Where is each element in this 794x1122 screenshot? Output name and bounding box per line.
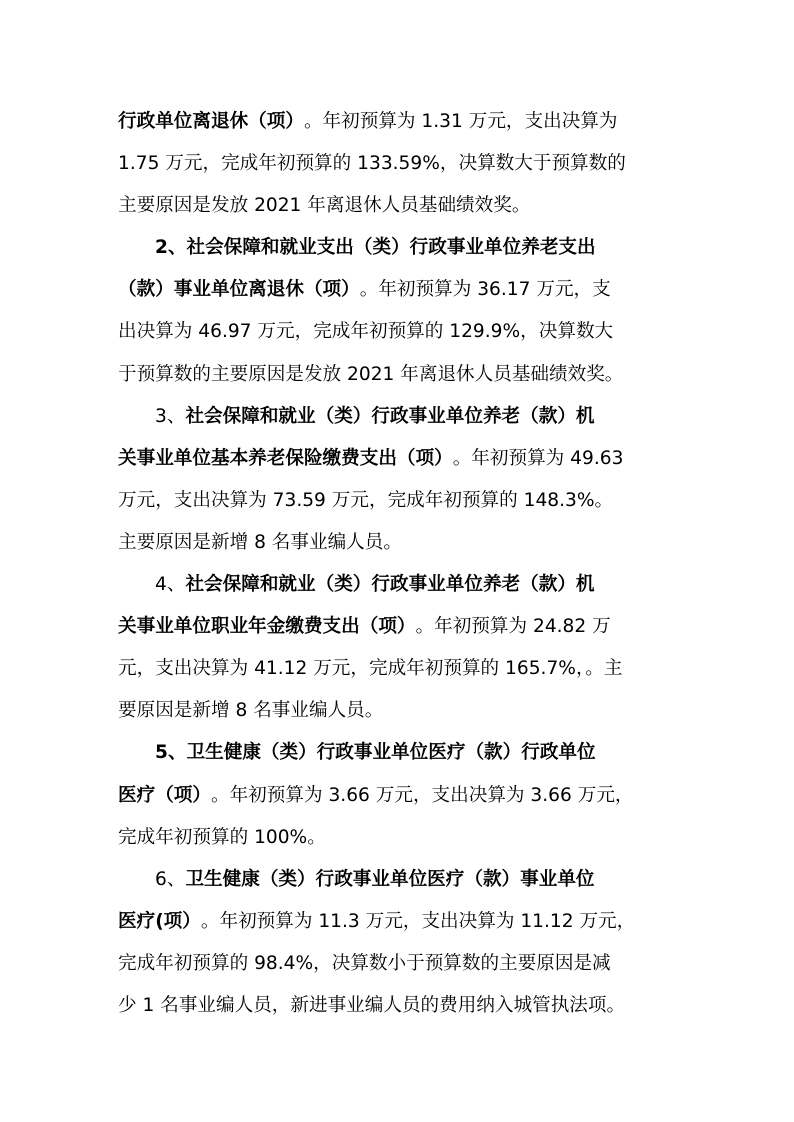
item-number: 6、 <box>155 859 185 901</box>
paragraph-4: 4、社会保障和就业（类）行政事业单位养老（款）机 关事业单位职业年金缴费支出（项… <box>118 564 678 732</box>
paragraph-6: 6、卫生健康（类）行政事业单位医疗（款）事业单位 医疗(项）。年初预算为 11.… <box>118 859 678 1027</box>
item-number: 4、 <box>155 564 185 606</box>
body-text: 1.75 万元，完成年初预算的 133.59%，决算数大于预算数的 <box>118 143 626 185</box>
body-text: 元，支出决算为 41.12 万元，完成年初预算的 165.7%，。主 <box>118 648 622 690</box>
paragraph-3: 3、社会保障和就业（类）行政事业单位养老（款）机 关事业单位基本养老保险缴费支出… <box>118 396 678 564</box>
body-text: 。年初预算为 24.82 万 <box>416 606 611 648</box>
text-line: 医疗（项）。年初预算为 3.66 万元，支出决算为 3.66 万元， <box>118 775 678 817</box>
body-text: 。年初预算为 36.17 万元，支 <box>360 269 611 311</box>
text-line: 元，支出决算为 41.12 万元，完成年初预算的 165.7%，。主 <box>118 648 678 690</box>
paragraph-2: 2、社会保障和就业支出（类）行政事业单位养老支出 （款）事业单位离退休（项）。年… <box>118 227 678 395</box>
paragraph-1: 行政单位离退休（项）。年初预算为 1.31 万元，支出决算为 1.75 万元，完… <box>118 101 678 227</box>
bold-heading: 关事业单位基本养老保险缴费支出（项） <box>118 438 453 480</box>
text-line: 出决算为 46.97 万元，完成年初预算的 129.9%，决算数大 <box>118 311 678 353</box>
body-text: 主要原因是发放 2021 年离退休人员基础绩效奖。 <box>118 185 530 227</box>
body-text: 。年初预算为 11.3 万元，支出决算为 11.12 万元， <box>201 901 635 943</box>
bold-heading: 卫生健康（类）行政事业单位医疗（款）事业单位 <box>185 859 594 901</box>
text-line: 3、社会保障和就业（类）行政事业单位养老（款）机 <box>118 396 678 438</box>
body-text: 完成年初预算的 98.4%，决算数小于预算数的主要原因是减 <box>118 943 611 985</box>
body-text: 完成年初预算的 100%。 <box>118 817 326 859</box>
bold-heading: 医疗(项） <box>118 901 201 943</box>
item-number: 3、 <box>155 396 185 438</box>
text-line: 主要原因是发放 2021 年离退休人员基础绩效奖。 <box>118 185 678 227</box>
body-text: 主要原因是新增 8 名事业编人员。 <box>118 522 402 564</box>
text-line: 关事业单位基本养老保险缴费支出（项）。年初预算为 49.63 <box>118 438 678 480</box>
body-text: 。年初预算为 3.66 万元，支出决算为 3.66 万元， <box>211 775 634 817</box>
document-page: 行政单位离退休（项）。年初预算为 1.31 万元，支出决算为 1.75 万元，完… <box>118 101 678 1027</box>
body-text: 。年初预算为 1.31 万元，支出决算为 <box>304 101 618 143</box>
body-text: 少 1 名事业编人员，新进事业编人员的费用纳入城管执法项。 <box>118 985 625 1027</box>
paragraph-5: 5、卫生健康（类）行政事业单位医疗（款）行政单位 医疗（项）。年初预算为 3.6… <box>118 732 678 858</box>
text-line: （款）事业单位离退休（项）。年初预算为 36.17 万元，支 <box>118 269 678 311</box>
body-text: 出决算为 46.97 万元，完成年初预算的 129.9%，决算数大 <box>118 311 613 353</box>
text-line: 主要原因是新增 8 名事业编人员。 <box>118 522 678 564</box>
bold-heading: 社会保障和就业（类）行政事业单位养老（款）机 <box>185 564 594 606</box>
bold-heading: （款）事业单位离退休（项） <box>118 269 360 311</box>
text-line: 关事业单位职业年金缴费支出（项）。年初预算为 24.82 万 <box>118 606 678 648</box>
item-number: 2、 <box>155 227 187 269</box>
text-line: 2、社会保障和就业支出（类）行政事业单位养老支出 <box>118 227 678 269</box>
bold-heading: 5、卫生健康（类）行政事业单位医疗（款）行政单位 <box>155 732 596 774</box>
text-line: 5、卫生健康（类）行政事业单位医疗（款）行政单位 <box>118 732 678 774</box>
text-line: 4、社会保障和就业（类）行政事业单位养老（款）机 <box>118 564 678 606</box>
text-line: 1.75 万元，完成年初预算的 133.59%，决算数大于预算数的 <box>118 143 678 185</box>
text-line: 少 1 名事业编人员，新进事业编人员的费用纳入城管执法项。 <box>118 985 678 1027</box>
body-text: 。年初预算为 49.63 <box>453 438 624 480</box>
text-line: 要原因是新增 8 名事业编人员。 <box>118 690 678 732</box>
text-line: 医疗(项）。年初预算为 11.3 万元，支出决算为 11.12 万元， <box>118 901 678 943</box>
bold-heading: 医疗（项） <box>118 775 211 817</box>
bold-heading: 关事业单位职业年金缴费支出（项） <box>118 606 416 648</box>
bold-heading: 行政单位离退休（项） <box>118 101 304 143</box>
body-text: 万元，支出决算为 73.59 万元，完成年初预算的 148.3%。 <box>118 480 613 522</box>
bold-heading: 社会保障和就业支出（类）行政事业单位养老支出 <box>187 227 596 269</box>
text-line: 完成年初预算的 98.4%，决算数小于预算数的主要原因是减 <box>118 943 678 985</box>
body-text: 于预算数的主要原因是发放 2021 年离退休人员基础绩效奖。 <box>118 354 623 396</box>
body-text: 要原因是新增 8 名事业编人员。 <box>118 690 383 732</box>
text-line: 万元，支出决算为 73.59 万元，完成年初预算的 148.3%。 <box>118 480 678 522</box>
text-line: 完成年初预算的 100%。 <box>118 817 678 859</box>
text-line: 行政单位离退休（项）。年初预算为 1.31 万元，支出决算为 <box>118 101 678 143</box>
bold-heading: 社会保障和就业（类）行政事业单位养老（款）机 <box>185 396 594 438</box>
text-line: 于预算数的主要原因是发放 2021 年离退休人员基础绩效奖。 <box>118 354 678 396</box>
text-line: 6、卫生健康（类）行政事业单位医疗（款）事业单位 <box>118 859 678 901</box>
